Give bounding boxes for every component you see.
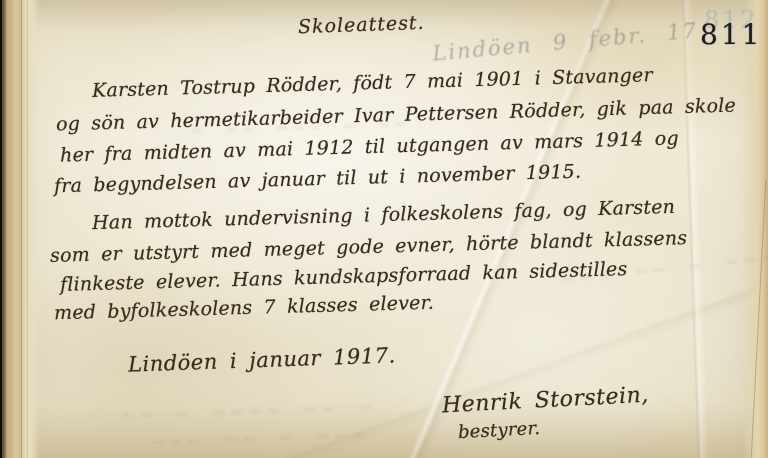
dateline: Lindöen i januar 1917.: [128, 343, 396, 376]
page-edge-line: [21, 0, 22, 458]
folio-number-stamp: 811: [700, 18, 762, 51]
ink-bleedthrough-smudge: ~~~ ~~ ~ ~~~: [150, 424, 370, 453]
document-title: Skoleattest.: [298, 12, 425, 38]
signature-role: bestyrer.: [458, 418, 541, 443]
manuscript-line: med byfolkeskolens 7 klasses elever.: [54, 292, 435, 325]
manuscript-line: Han mottok undervisning i folkeskolens f…: [92, 196, 676, 234]
book-binding-edge: [0, 0, 40, 458]
signature: Henrik Storstein,: [441, 383, 649, 419]
manuscript-line: Karsten Tostrup Rödder, födt 7 mai 1901 …: [92, 64, 653, 102]
scanned-manuscript-page: 812 811 Lindöen 9 febr. 17 Skoleattest. …: [0, 0, 768, 458]
page-edge-line: [27, 0, 28, 458]
manuscript-line: her fra midten av mai 1912 til utgangen …: [60, 127, 679, 166]
pencil-annotation: Lindöen 9 febr. 17: [431, 18, 698, 65]
manuscript-line: fra begyndelsen av januar til ut i novem…: [54, 161, 582, 198]
